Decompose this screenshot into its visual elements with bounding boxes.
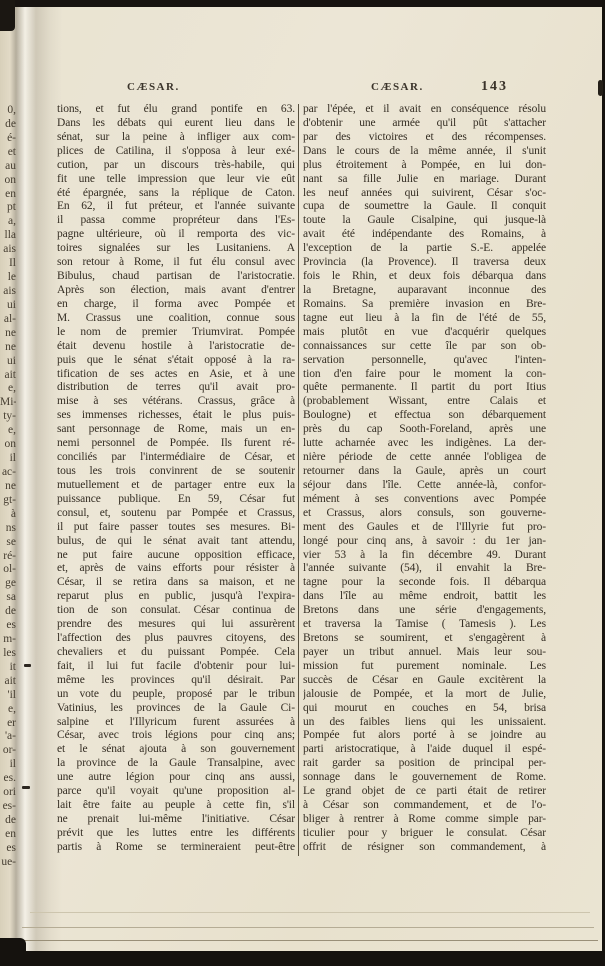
text-line: retourner dans la Gaule, après un court — [303, 465, 546, 479]
gutter-fragment: es. — [0, 772, 16, 786]
text-line: à César son commandement, et de l'o- — [303, 799, 546, 813]
text-line: César, avec trois légions pour cinq ans; — [57, 729, 295, 743]
text-line: ticulier pour y briguer le consulat. Cés… — [303, 827, 546, 841]
gutter-fragment: é- — [0, 132, 16, 146]
gutter-fragment: or- — [0, 744, 16, 758]
text-line: payer un tribut annuel. Mais leur sou- — [303, 646, 546, 660]
gutter-fragment: al- — [0, 313, 16, 327]
text-line: un vote du peuple, proposé par le tribun — [57, 688, 295, 702]
text-line: mais plutôt en vue d'acquérir quelques — [303, 326, 546, 340]
text-line: près du cap Sooth-Foreland, après une — [303, 423, 546, 437]
text-line: Le grand objet de ce parti était de reti… — [303, 785, 546, 799]
gutter-fragment: de — [0, 605, 16, 619]
text-line: l'année suivante (54), il envahit la Bre… — [303, 562, 546, 576]
gutter-fragment: e, — [0, 424, 16, 438]
text-line: tion de son consulat. César continua de — [57, 604, 295, 618]
text-line: mément à ses conventions avec Pompée — [303, 493, 546, 507]
text-line: reparut plus en public, jusqu'à l'expira… — [57, 590, 295, 604]
text-line: toute la Gaule Cisalpine, qui jusque-là — [303, 214, 546, 228]
text-line: Après son élection, mais avant d'entrer — [57, 284, 295, 298]
page-edge-line — [22, 927, 594, 928]
gutter-fragment: il — [0, 452, 16, 466]
text-line: César, il se retira dans sa maison, et n… — [57, 576, 295, 590]
gutter-fragment: er — [0, 717, 16, 731]
text-line: même les provinces qu'il désirait. Par — [57, 674, 295, 688]
text-line: distribution de terres qu'il avait pro- — [57, 381, 295, 395]
text-line: en charge, il forma avec Pompée et — [57, 298, 295, 312]
gutter-fragment: en — [0, 828, 16, 842]
text-line: parce qu'il voyait qu'une proposition al… — [57, 785, 295, 799]
text-line: (probablement Wissant, entre Calais et — [303, 395, 546, 409]
text-line: mise à ses vétérans. Crassus, grâce à — [57, 395, 295, 409]
text-line: et traversa la Tamise ( Tamesis ). Les — [303, 618, 546, 632]
gutter-fragment: ue- — [0, 856, 16, 870]
text-line: Pompée fut alors porté à se joindre au — [303, 729, 546, 743]
gutter-fragment: ori — [0, 786, 16, 800]
gutter-fragment: ait — [0, 675, 16, 689]
gutter-fragment: ré- — [0, 550, 16, 564]
text-line: par des victoires et des récompenses. — [303, 131, 546, 145]
text-line: pagne ultérieure, où il remporta des vic… — [57, 228, 295, 242]
text-line: puis que le sénat s'était opposé à la ra… — [57, 354, 295, 368]
gutter-fragment: de — [0, 118, 16, 132]
text-line: offrit de résigner son commandement, à — [303, 841, 546, 855]
gutter-fragment: au — [0, 160, 16, 174]
text-line: chevaliers et du puissant Pompée. Cela — [57, 646, 295, 660]
gutter-fragment: es- — [0, 800, 16, 814]
text-line: Dans les débats qui eurent lieu dans le — [57, 117, 295, 131]
text-line: son retour à Rome, il fut élu consul ave… — [57, 256, 295, 270]
gutter-fragment: on — [0, 438, 16, 452]
scan-edge-top — [0, 0, 605, 7]
gutter-fragment: 'a- — [0, 730, 16, 744]
scan-edge-bottom-left — [0, 938, 26, 966]
gutter-fragment: de — [0, 814, 16, 828]
text-line: partis à Rome se termineraient peut-être — [57, 841, 295, 855]
text-line: consul, et, soutenu par Pompée et Crassu… — [57, 507, 295, 521]
text-line: par l'épée, et il avait en conséquence r… — [303, 103, 546, 117]
gutter-fragment: m- — [0, 633, 16, 647]
gutter-fragment: ns — [0, 522, 16, 536]
text-line: mutuellement et de partager entre eux la — [57, 479, 295, 493]
gutter-fragment: ais — [0, 243, 16, 257]
text-line: plus étroitement à Pompée, en lui don- — [303, 159, 546, 173]
text-line: l'exception de la partie S.-E. appelée — [303, 242, 546, 256]
text-line: Bretons se soumirent, et s'engagèrent à — [303, 632, 546, 646]
gutter-fragment: on — [0, 174, 16, 188]
text-line: il passa comme propréteur dans l'Es- — [57, 214, 295, 228]
text-line: prendre des mesures qui lui assurèrent — [57, 618, 295, 632]
text-line: d'obtenir une armée qu'il pût s'attacher — [303, 117, 546, 131]
page-edge-line — [18, 940, 598, 941]
text-line: Dans le cours de la même année, il s'uni… — [303, 145, 546, 159]
text-line: vier 53 à la fin décembre 49. Durant — [303, 549, 546, 563]
text-line: ne put faire aucune opposition efficace, — [57, 549, 295, 563]
gutter-fragment: à — [0, 508, 16, 522]
gutter-fragment: ac- — [0, 466, 16, 480]
scan-edge-bottom — [0, 951, 605, 966]
text-line: un des faibles liens qui les unissaient. — [303, 716, 546, 730]
gutter-fragment: lla — [0, 229, 16, 243]
text-line: fait, il lui fut facile d'obtenir pour l… — [57, 660, 295, 674]
text-line: et le sénat ajouta à son gouvernement — [57, 743, 295, 757]
text-line: succès de César en Gaule excitèrent la — [303, 674, 546, 688]
text-line: sénat, sur la peine à infliger aux com- — [57, 131, 295, 145]
text-line: été épargnée, sans la réplique de Caton. — [57, 187, 295, 201]
gutter-fragment: le — [0, 271, 16, 285]
text-line: fit une telle impression que leur vie eû… — [57, 173, 295, 187]
text-line: tification de ses actes en Asie, et à un… — [57, 368, 295, 382]
text-line: il put faire passer toutes ses mesures. … — [57, 521, 295, 535]
text-line: tous les trois convinrent de se soutenir — [57, 465, 295, 479]
gutter-fragment: Mi- — [0, 396, 16, 410]
text-line: une autre légion pour cinq ans aussi, — [57, 771, 295, 785]
text-line: ment des Gaules et de l'Illyrie fut pro- — [303, 521, 546, 535]
text-line: plices de Catilina, il s'opposa à leur e… — [57, 145, 295, 159]
gutter-fragment: ol- — [0, 563, 16, 577]
text-line: la Bretagne, auparavant inconnue des — [303, 284, 546, 298]
text-line: tagne pour la seconde fois. Il débarqua — [303, 576, 546, 590]
gutter-mark — [22, 786, 30, 789]
gutter-fragment: es — [0, 842, 16, 856]
text-line: lutte acharnée avec les indigènes. La de… — [303, 437, 546, 451]
text-line: En 62, il fut préteur, et l'année suivan… — [57, 200, 295, 214]
text-line: ne prenait lui-même l'initiative. César — [57, 813, 295, 827]
text-line: et, après de vains efforts pour résister… — [57, 562, 295, 576]
text-line: fois le Rhin, et deux fois débarqua dans — [303, 270, 546, 284]
text-line: M. Crassus une coalition, connue sous — [57, 312, 295, 326]
gutter-fragment: ui — [0, 299, 16, 313]
text-line: connaissances sur cette île par son ob- — [303, 340, 546, 354]
text-line: toires signalées sur les Lusitaniens. A — [57, 242, 295, 256]
gutter-fragment: sa — [0, 591, 16, 605]
gutter-fragment: ui — [0, 355, 16, 369]
scan-edge-top-left — [0, 0, 15, 31]
column-divider-rule — [298, 104, 299, 856]
text-line: longé pour cinq ans, à savoir : du 1er j… — [303, 535, 546, 549]
text-line: Bretons dans une série d'engagements, — [303, 604, 546, 618]
text-line: servation personnelle, qu'avec l'inten- — [303, 354, 546, 368]
gutter-fragment: gt- — [0, 494, 16, 508]
text-line: la province de la Gaule Transalpine, ave… — [57, 757, 295, 771]
gutter-text-fragments: 0,deé-etauonenpta,llaaisIlleaisuial-nene… — [0, 104, 16, 870]
text-line: tagne eut lieu à la fin de l'été de 55, — [303, 312, 546, 326]
gutter-fragment: e, — [0, 382, 16, 396]
scanned-book-page: CÆSAR. CÆSAR. 143 0,deé-etauonenpta,llaa… — [0, 0, 605, 966]
text-line: mission fut purement nominale. Les — [303, 660, 546, 674]
text-line: jalousie de Pompée, et la mort de Julie, — [303, 688, 546, 702]
gutter-fragment: Il — [0, 257, 16, 271]
text-line: cution, par un discours très-habile, qui — [57, 159, 295, 173]
text-column-right: par l'épée, et il avait en conséquence r… — [303, 103, 546, 855]
gutter-mark — [24, 664, 31, 667]
text-line: dans l'île au même endroit, battit les — [303, 590, 546, 604]
page-edge-line — [30, 912, 590, 913]
gutter-fragment: en — [0, 188, 16, 202]
text-line: nant sa fille Julie en mariage. Durant — [303, 173, 546, 187]
text-line: et Crassus, alors consuls, son gouverne- — [303, 507, 546, 521]
gutter-fragment: it — [0, 661, 16, 675]
gutter-fragment: pt — [0, 201, 16, 215]
text-line: conciliés par l'intermédiaire de César, … — [57, 451, 295, 465]
text-line: salpine et l'Illyricum furent assurées à — [57, 716, 295, 730]
text-line: tion d'en faire pour le moment la con- — [303, 368, 546, 382]
text-line: séjour dans l'île. Cette année-là, confo… — [303, 479, 546, 493]
text-line: Provincia (la Provence). Il traversa deu… — [303, 256, 546, 270]
text-line: parti aristocratique, à l'aide duquel il… — [303, 743, 546, 757]
gutter-fragment: ne — [0, 480, 16, 494]
text-line: avait été indépendante des Romains, à — [303, 228, 546, 242]
text-line: tions, et fut élu grand pontife en 63. — [57, 103, 295, 117]
gutter-fragment: se — [0, 536, 16, 550]
text-line: cupa de soumettre la Gaule. Il conquit — [303, 200, 546, 214]
scan-edge-mark — [598, 80, 603, 96]
gutter-fragment: 'il — [0, 689, 16, 703]
text-line: Boulogne) et effectua son débarquement — [303, 409, 546, 423]
text-line: l'affection des plus pauvres citoyens, d… — [57, 632, 295, 646]
gutter-fragment: e, — [0, 703, 16, 717]
text-line: sant personnage de Rome, mais un en- — [57, 423, 295, 437]
text-line: était devenu hostile à l'aristocratie de… — [57, 340, 295, 354]
text-line: bliger à rentrer à Rome comme simple par… — [303, 813, 546, 827]
page-number: 143 — [481, 79, 508, 95]
gutter-fragment: 0, — [0, 104, 16, 118]
text-line: ses immenses richesses, était le plus pu… — [57, 409, 295, 423]
text-column-left: tions, et fut élu grand pontife en 63.Da… — [57, 103, 295, 855]
text-line: Romains. Sa première invasion en Bre- — [303, 298, 546, 312]
running-head-left: CÆSAR. — [127, 81, 180, 93]
text-line: sonnage dans le gouvernement de Rome. — [303, 771, 546, 785]
text-line: les neuf années qui suivirent, César s'o… — [303, 187, 546, 201]
text-line: Vatinius, les provinces de la Gaule Ci- — [57, 702, 295, 716]
text-line: lait être faite au peuple à cette fin, s… — [57, 799, 295, 813]
gutter-fragment: les — [0, 647, 16, 661]
gutter-fragment: ty- — [0, 410, 16, 424]
gutter-fragment: ais — [0, 285, 16, 299]
text-line: nemi personnel de Pompée. Ils furent ré- — [57, 437, 295, 451]
gutter-fragment: il — [0, 758, 16, 772]
text-line: quête permanente. Il partit du port Itiu… — [303, 381, 546, 395]
gutter-fragment: ne — [0, 341, 16, 355]
gutter-fragment: ait — [0, 369, 16, 383]
text-line: rait garder sa position de principal per… — [303, 757, 546, 771]
text-line: puissance publique. En 59, César fut — [57, 493, 295, 507]
gutter-fragment: et — [0, 146, 16, 160]
text-line: bulus, de qui le sénat avait tant attend… — [57, 535, 295, 549]
gutter-fragment: ne — [0, 327, 16, 341]
text-line: nière période de cette année l'obligea d… — [303, 451, 546, 465]
text-line: qui mourut en couches en 54, brisa — [303, 702, 546, 716]
gutter-fragment: ge — [0, 577, 16, 591]
running-head-right: CÆSAR. — [371, 81, 424, 93]
gutter-fragment: es — [0, 619, 16, 633]
gutter-fragment: a, — [0, 215, 16, 229]
text-line: prévit que les luttes entre les différen… — [57, 827, 295, 841]
text-line: le nom de premier Triumvirat. Pompée — [57, 326, 295, 340]
text-line: Bibulus, chaud partisan de l'aristocrati… — [57, 270, 295, 284]
